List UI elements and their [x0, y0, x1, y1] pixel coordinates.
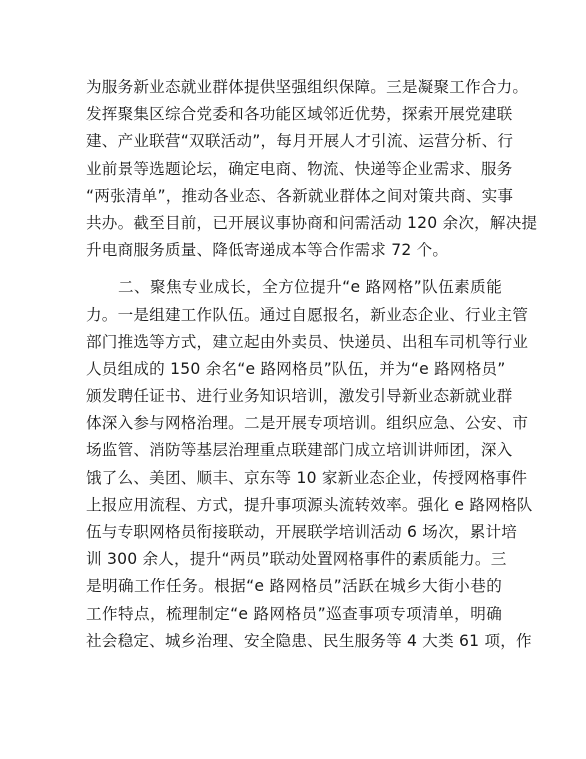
text-line: 颁发聘任证书、进行业务知识培训，激发引导新业态新就业群: [86, 385, 502, 412]
text-line: 共办。截至目前，已开展议事协商和问需活动 120 余次，解决提: [86, 212, 502, 239]
paragraph-2: 二、聚焦专业成长，全方位提升“e 路网格”队伍素质能 力。一是组建工作队伍。通过…: [86, 276, 502, 657]
text-line: 人员组成的 150 余名“e 路网格员”队伍，并为“e 路网格员”: [86, 358, 502, 385]
text-line: 伍与专职网格员衔接联动，开展联学培训活动 6 场次，累计培: [86, 521, 502, 548]
text-line: 力。一是组建工作队伍。通过自愿报名，新业态企业、行业主管: [86, 304, 502, 331]
text-line: 是明确工作任务。根据“e 路网格员”活跃在城乡大街小巷的: [86, 575, 502, 602]
text-line: 训 300 余人，提升“两员”联动处置网格事件的素质能力。三: [86, 548, 502, 575]
paragraph-1: 为服务新业态就业群体提供坚强组织保障。三是凝聚工作合力。 发挥聚集区综合党委和各…: [86, 76, 502, 266]
text-line: 饿了么、美团、顺丰、京东等 10 家新业态企业，传授网格事件: [86, 467, 502, 494]
text-line: 业前景等选题论坛，确定电商、物流、快递等企业需求、服务: [86, 158, 502, 185]
section-heading-line: 二、聚焦专业成长，全方位提升“e 路网格”队伍素质能: [86, 276, 502, 303]
text-line: 体深入参与网格治理。二是开展专项培训。组织应急、公安、市: [86, 412, 502, 439]
text-line: 场监管、消防等基层治理重点联建部门成立培训讲师团，深入: [86, 439, 502, 466]
text-line: 建、产业联营“双联活动”，每月开展人才引流、运营分析、行: [86, 130, 502, 157]
text-line: 发挥聚集区综合党委和各功能区域邻近优势，探索开展党建联: [86, 103, 502, 130]
text-line: 社会稳定、城乡治理、安全隐患、民生服务等 4 大类 61 项，作: [86, 630, 502, 657]
text-line: 部门推选等方式，建立起由外卖员、快递员、出租车司机等行业: [86, 331, 502, 358]
text-line: 升电商服务质量、降低寄递成本等合作需求 72 个。: [86, 239, 502, 266]
text-line: 工作特点，梳理制定“e 路网格员”巡查事项专项清单，明确: [86, 603, 502, 630]
text-line: 为服务新业态就业群体提供坚强组织保障。三是凝聚工作合力。: [86, 76, 502, 103]
document-page: 为服务新业态就业群体提供坚强组织保障。三是凝聚工作合力。 发挥聚集区综合党委和各…: [86, 76, 502, 657]
text-line: 上报应用流程、方式，提升事项源头流转效率。强化 e 路网格队: [86, 494, 502, 521]
text-line: “两张清单”，推动各业态、各新就业群体之间对策共商、实事: [86, 185, 502, 212]
